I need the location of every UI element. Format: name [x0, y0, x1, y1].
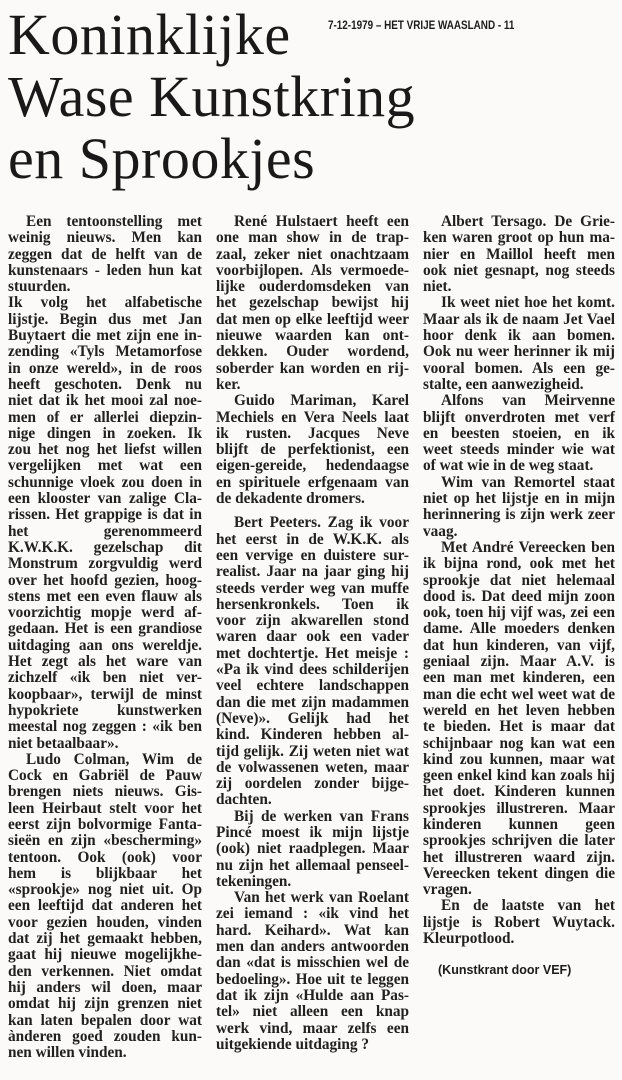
dateline: 7-12-1979 – HET VRIJE WAASLAND - 11 — [328, 20, 514, 32]
text-line: Bert Peeters. Zag ik voor — [216, 515, 409, 531]
paragraph: Met André Vereecken benik bijna rond, oo… — [423, 540, 615, 899]
text-line: een klooster van zalige Cla- — [8, 491, 202, 507]
text-line: dat zij het gemaakt hebben, — [8, 931, 202, 947]
text-line: ker. — [216, 377, 409, 393]
paragraph: Bert Peeters. Zag ik voorhet eerst in de… — [216, 515, 409, 808]
paragraph: René Hulstaert heeft eenone man show in … — [216, 214, 409, 393]
column-3: Albert Tersago. De Grie-ken waren groot … — [423, 214, 615, 947]
text-line: sieën en zijn «bescherming» — [8, 833, 202, 849]
text-line: Mechiels en Vera Neels laat — [216, 410, 409, 426]
text-line: lijstje. Begin dus met Jan — [8, 312, 202, 328]
text-line: «Pa ik vind dees schilderijen — [216, 662, 409, 678]
text-line: kind. Kinderen hebben al- — [216, 727, 409, 743]
text-line: Ik volg het alfabetische — [8, 295, 202, 311]
text-line: het illustreren waard zijn. — [423, 850, 615, 866]
text-line: realist. Jaar na jaar ging hij — [216, 564, 409, 580]
paragraph: En de laatste van hetlijstje is Robert W… — [423, 898, 615, 947]
text-line: schijnbaar nog kan wat een — [423, 736, 615, 752]
text-line: eerst zijn bolvormige Fanta- — [8, 817, 202, 833]
text-line: (ook) niet raadplegen. Maar — [216, 841, 409, 857]
text-line: En de laatste van het — [423, 898, 615, 914]
paragraph: Ik weet niet hoe het komt.Maar als ik de… — [423, 295, 615, 393]
text-line: tekeningen. — [216, 874, 409, 890]
text-line: lijke ouderdomsdeken van — [216, 279, 409, 295]
text-line: geen enkel kind kan zoals hij — [423, 768, 615, 784]
text-line: Wim van Remortel staat — [423, 475, 615, 491]
author-credit: (Kunstkrant door VEF) — [438, 963, 571, 977]
text-line: heeft geschoten. Denk nu — [8, 377, 202, 393]
text-line: hard. Keihard». Wat kan — [216, 923, 409, 939]
text-line: vaag. — [423, 524, 615, 540]
text-line: Buytaert die met zijn ene in- — [8, 328, 202, 344]
text-line: met dochtertje. Het meisje : — [216, 646, 409, 662]
text-line: stuurden. — [8, 279, 202, 295]
text-line: nieuwe waarden kan ont- — [216, 328, 409, 344]
text-line: zei iemand : «ik vind het — [216, 906, 409, 922]
text-line: bedoeling». Hoe uit te leggen — [216, 972, 409, 988]
text-line: men of er allerlei diepzin- — [8, 410, 202, 426]
paragraph: Guido Mariman, KarelMechiels en Vera Nee… — [216, 393, 409, 507]
column-2: René Hulstaert heeft eenone man show in … — [216, 214, 409, 1053]
text-line: ik rusten. Jacques Neve — [216, 426, 409, 442]
text-line: Albert Tersago. De Grie- — [423, 214, 615, 230]
text-line: Monstrum zorgvuldig werd — [8, 556, 202, 572]
text-line: zij oordelen zonder bijge- — [216, 776, 409, 792]
paragraph: Albert Tersago. De Grie-ken waren groot … — [423, 214, 615, 295]
text-line: ànderen goed zouden kun- — [8, 1029, 202, 1045]
text-line: of wat wie in de weg staat. — [423, 458, 615, 474]
text-line: zichzelf «ik ben niet ver- — [8, 670, 202, 686]
text-line: in onze wereld», in de roos — [8, 361, 202, 377]
text-line: waren daar ook een vader — [216, 629, 409, 645]
text-line: Alfons van Meirvenne — [423, 393, 615, 409]
text-line: hem is blijkbaar het — [8, 866, 202, 882]
text-line: leen Heirbaut stelt voor het — [8, 801, 202, 817]
headline-line-2: Wase Kunstkring — [8, 66, 415, 128]
text-line: meestal nog zeggen : «ik ben — [8, 719, 202, 735]
column-1: Een tentoonstelling metweinig nieuws. Me… — [8, 214, 202, 1061]
text-line: vooral bomen. Als een ge- — [423, 361, 615, 377]
text-line: het gezelschap bewijst hij — [216, 295, 409, 311]
paragraph: Van het werk van Roelantzei iemand : «ik… — [216, 890, 409, 1053]
text-line: een man met kinderen, een — [423, 670, 615, 686]
text-line: omdat hij zijn grenzen niet — [8, 996, 202, 1012]
text-line: stens met een even flauw als — [8, 589, 202, 605]
text-line: kinderen kunnen geen — [423, 817, 615, 833]
text-line: ook, toen hij vijf was, zei een — [423, 605, 615, 621]
text-line: Cock en Gabriël de Pauw — [8, 768, 202, 784]
text-line: Met André Vereecken ben — [423, 540, 615, 556]
text-line: een leeftijd dat anderen het — [8, 898, 202, 914]
text-line: wereld en het leven hebben — [423, 703, 615, 719]
text-line: zeggen dat de helft van de — [8, 247, 202, 263]
text-line: blijft de perfektionist, een — [216, 442, 409, 458]
text-line: Maar als ik de naam Jet Vael — [423, 312, 615, 328]
text-line: sprookjes illustreren. Maar — [423, 801, 615, 817]
paragraph: Wim van Remortel staatniet op het lijstj… — [423, 475, 615, 540]
text-line: sprookjes schrijven die later — [423, 833, 615, 849]
text-line: men dan anders antwoorden — [216, 939, 409, 955]
text-line: Bij de werken van Frans — [216, 809, 409, 825]
text-line: Ook nu weer herinner ik mij — [423, 344, 615, 360]
text-line: ken waren groot op hun ma- — [423, 230, 615, 246]
text-line: K.W.K.K. gezelschap dit — [8, 540, 202, 556]
text-line: dame. Alle moeders denken — [423, 621, 615, 637]
text-line: de dekadente dromers. — [216, 491, 409, 507]
text-line: Kleurpotlood. — [423, 931, 615, 947]
paragraph: Ludo Colman, Wim deCock en Gabriël de Pa… — [8, 752, 202, 1062]
text-line: ik bijna rond, ook met het — [423, 556, 615, 572]
text-line: kan laten bepalen door wat — [8, 1013, 202, 1029]
text-line: steeds verder weg van muffe — [216, 581, 409, 597]
text-line: voorbijlopen. Als vermoede- — [216, 263, 409, 279]
text-line: het doet. Kinderen kunnen — [423, 784, 615, 800]
text-line: veel echtere landschappen — [216, 678, 409, 694]
paragraph: Ik volg het alfabetischelijstje. Begin d… — [8, 295, 202, 751]
text-line: kind zou kunnen, maar wat — [423, 752, 615, 768]
text-line: vergelijken met wat een — [8, 458, 202, 474]
text-line: dan «dat is misschien wel de — [216, 955, 409, 971]
text-line: dan die met zijn madammen — [216, 695, 409, 711]
text-line: brengen niets nieuws. Gis- — [8, 784, 202, 800]
text-line: Ludo Colman, Wim de — [8, 752, 202, 768]
text-line: ook niet gesnapt, nog steeds — [423, 263, 615, 279]
text-line: het gerenommeerd — [8, 524, 202, 540]
text-line: stalte, een aanwezigheid. — [423, 377, 615, 393]
text-line: Vereecken tekent dingen die — [423, 866, 615, 882]
text-line: voor gezien houden, vinden — [8, 915, 202, 931]
text-line: dood is. Dat deed mijn zoon — [423, 589, 615, 605]
text-line: het eerst in de W.K.K. als — [216, 532, 409, 548]
text-line: gedaan. Het is een grandiose — [8, 621, 202, 637]
text-line: eigen-gereide, hedendaagse — [216, 458, 409, 474]
text-line: uitgekiende uitdaging ? — [216, 1037, 409, 1053]
text-line: te bieden. Het is maar dat — [423, 719, 615, 735]
text-line: dekken. Ouder wordend, — [216, 344, 409, 360]
text-line: soberder kan worden en rij- — [216, 361, 409, 377]
text-line: Van het werk van Roelant — [216, 890, 409, 906]
text-line: zending «Tyls Metamorfose — [8, 344, 202, 360]
text-line: tel» niet alleen een knap — [216, 1004, 409, 1020]
text-line: den verkennen. Niet omdat — [8, 964, 202, 980]
paragraph: Bij de werken van FransPincé moest ik mi… — [216, 809, 409, 890]
paragraph: Een tentoonstelling metweinig nieuws. Me… — [8, 214, 202, 295]
text-line: hij anders wil doen, maar — [8, 980, 202, 996]
text-line: zaal, zeker niet onachtzaam — [216, 247, 409, 263]
text-line: weet steeds minder wie wat — [423, 442, 615, 458]
text-line: dat hun kinderen, van vijf, — [423, 638, 615, 654]
text-line: niet betaalbaar». — [8, 736, 202, 752]
headline-line-1: Koninklijke — [8, 4, 415, 66]
text-line: en beesten stoeien, en ik — [423, 426, 615, 442]
text-line: koopbaar», terwijl de minst — [8, 687, 202, 703]
text-line: hoor denk ik aan bomen. — [423, 328, 615, 344]
text-line: blijft onverdroten met verf — [423, 410, 615, 426]
headline-line-3: en Sprookjes — [8, 128, 415, 190]
text-line: (Neve)». Gelijk had het — [216, 711, 409, 727]
text-line: one man show in de trap- — [216, 230, 409, 246]
text-line: lijstje is Robert Wuytack. — [423, 915, 615, 931]
text-line: dat men op elke leeftijd weer — [216, 312, 409, 328]
text-line: dat ik zijn «Hulde aan Pas- — [216, 988, 409, 1004]
text-line: sprookje dat niet helemaal — [423, 573, 615, 589]
text-line: Ik weet niet hoe het komt. — [423, 295, 615, 311]
text-line: dachten. — [216, 792, 409, 808]
text-line: man die echt wel weet wat de — [423, 687, 615, 703]
text-line: vragen. — [423, 882, 615, 898]
text-line: rissen. Het grappige is dat in — [8, 507, 202, 523]
text-line: Guido Mariman, Karel — [216, 393, 409, 409]
text-line: kunstenaars - leden hun kat — [8, 263, 202, 279]
text-line: nu zijn het allemaal penseel- — [216, 858, 409, 874]
text-line: nier en Maillol heeft men — [423, 247, 615, 263]
text-line: zou het nog het liefst willen — [8, 442, 202, 458]
text-line: «sprookje» nog niet uit. Op — [8, 882, 202, 898]
text-line: niet. — [423, 279, 615, 295]
text-line: nige dingen in zoeken. Ik — [8, 426, 202, 442]
paragraph: Alfons van Meirvenneblijft onverdroten m… — [423, 393, 615, 474]
text-line: schunnige vloek zou doen in — [8, 475, 202, 491]
text-line: tijd gelijk. Zij weten niet wat — [216, 744, 409, 760]
text-line: voorzichtig mopje werd af- — [8, 605, 202, 621]
text-line: Een tentoonstelling met — [8, 214, 202, 230]
text-line: Pincé moest ik mijn lijstje — [216, 825, 409, 841]
text-line: nen willen vinden. — [8, 1045, 202, 1061]
text-line: gaat hij nieuwe mogelijkhe- — [8, 947, 202, 963]
text-line: René Hulstaert heeft een — [216, 214, 409, 230]
text-line: werk vind, maar zelfs een — [216, 1021, 409, 1037]
text-line: niet op het lijstje en in mijn — [423, 491, 615, 507]
text-line: uitdaging aan ons wereldje. — [8, 638, 202, 654]
text-line: weinig nieuws. Men kan — [8, 230, 202, 246]
text-line: hypokriete kunstwerken — [8, 703, 202, 719]
text-line: geniaal zijn. Maar A.V. is — [423, 654, 615, 670]
text-line: de volwassenen weten, maar — [216, 760, 409, 776]
text-line: Het zegt als het ware van — [8, 654, 202, 670]
text-line: herinnering is zijn werk zeer — [423, 507, 615, 523]
text-line: voor zijn akwarellen stond — [216, 613, 409, 629]
text-line: tentoon. Ook (ook) voor — [8, 850, 202, 866]
text-line: niet dat ik het mooi zal noe- — [8, 393, 202, 409]
text-line: over het hoofd gezien, hoog- — [8, 573, 202, 589]
text-line: en spirituele erfgenaam van — [216, 475, 409, 491]
text-line: hersenkronkels. Toen ik — [216, 597, 409, 613]
text-line: een vervige en duistere sur- — [216, 548, 409, 564]
